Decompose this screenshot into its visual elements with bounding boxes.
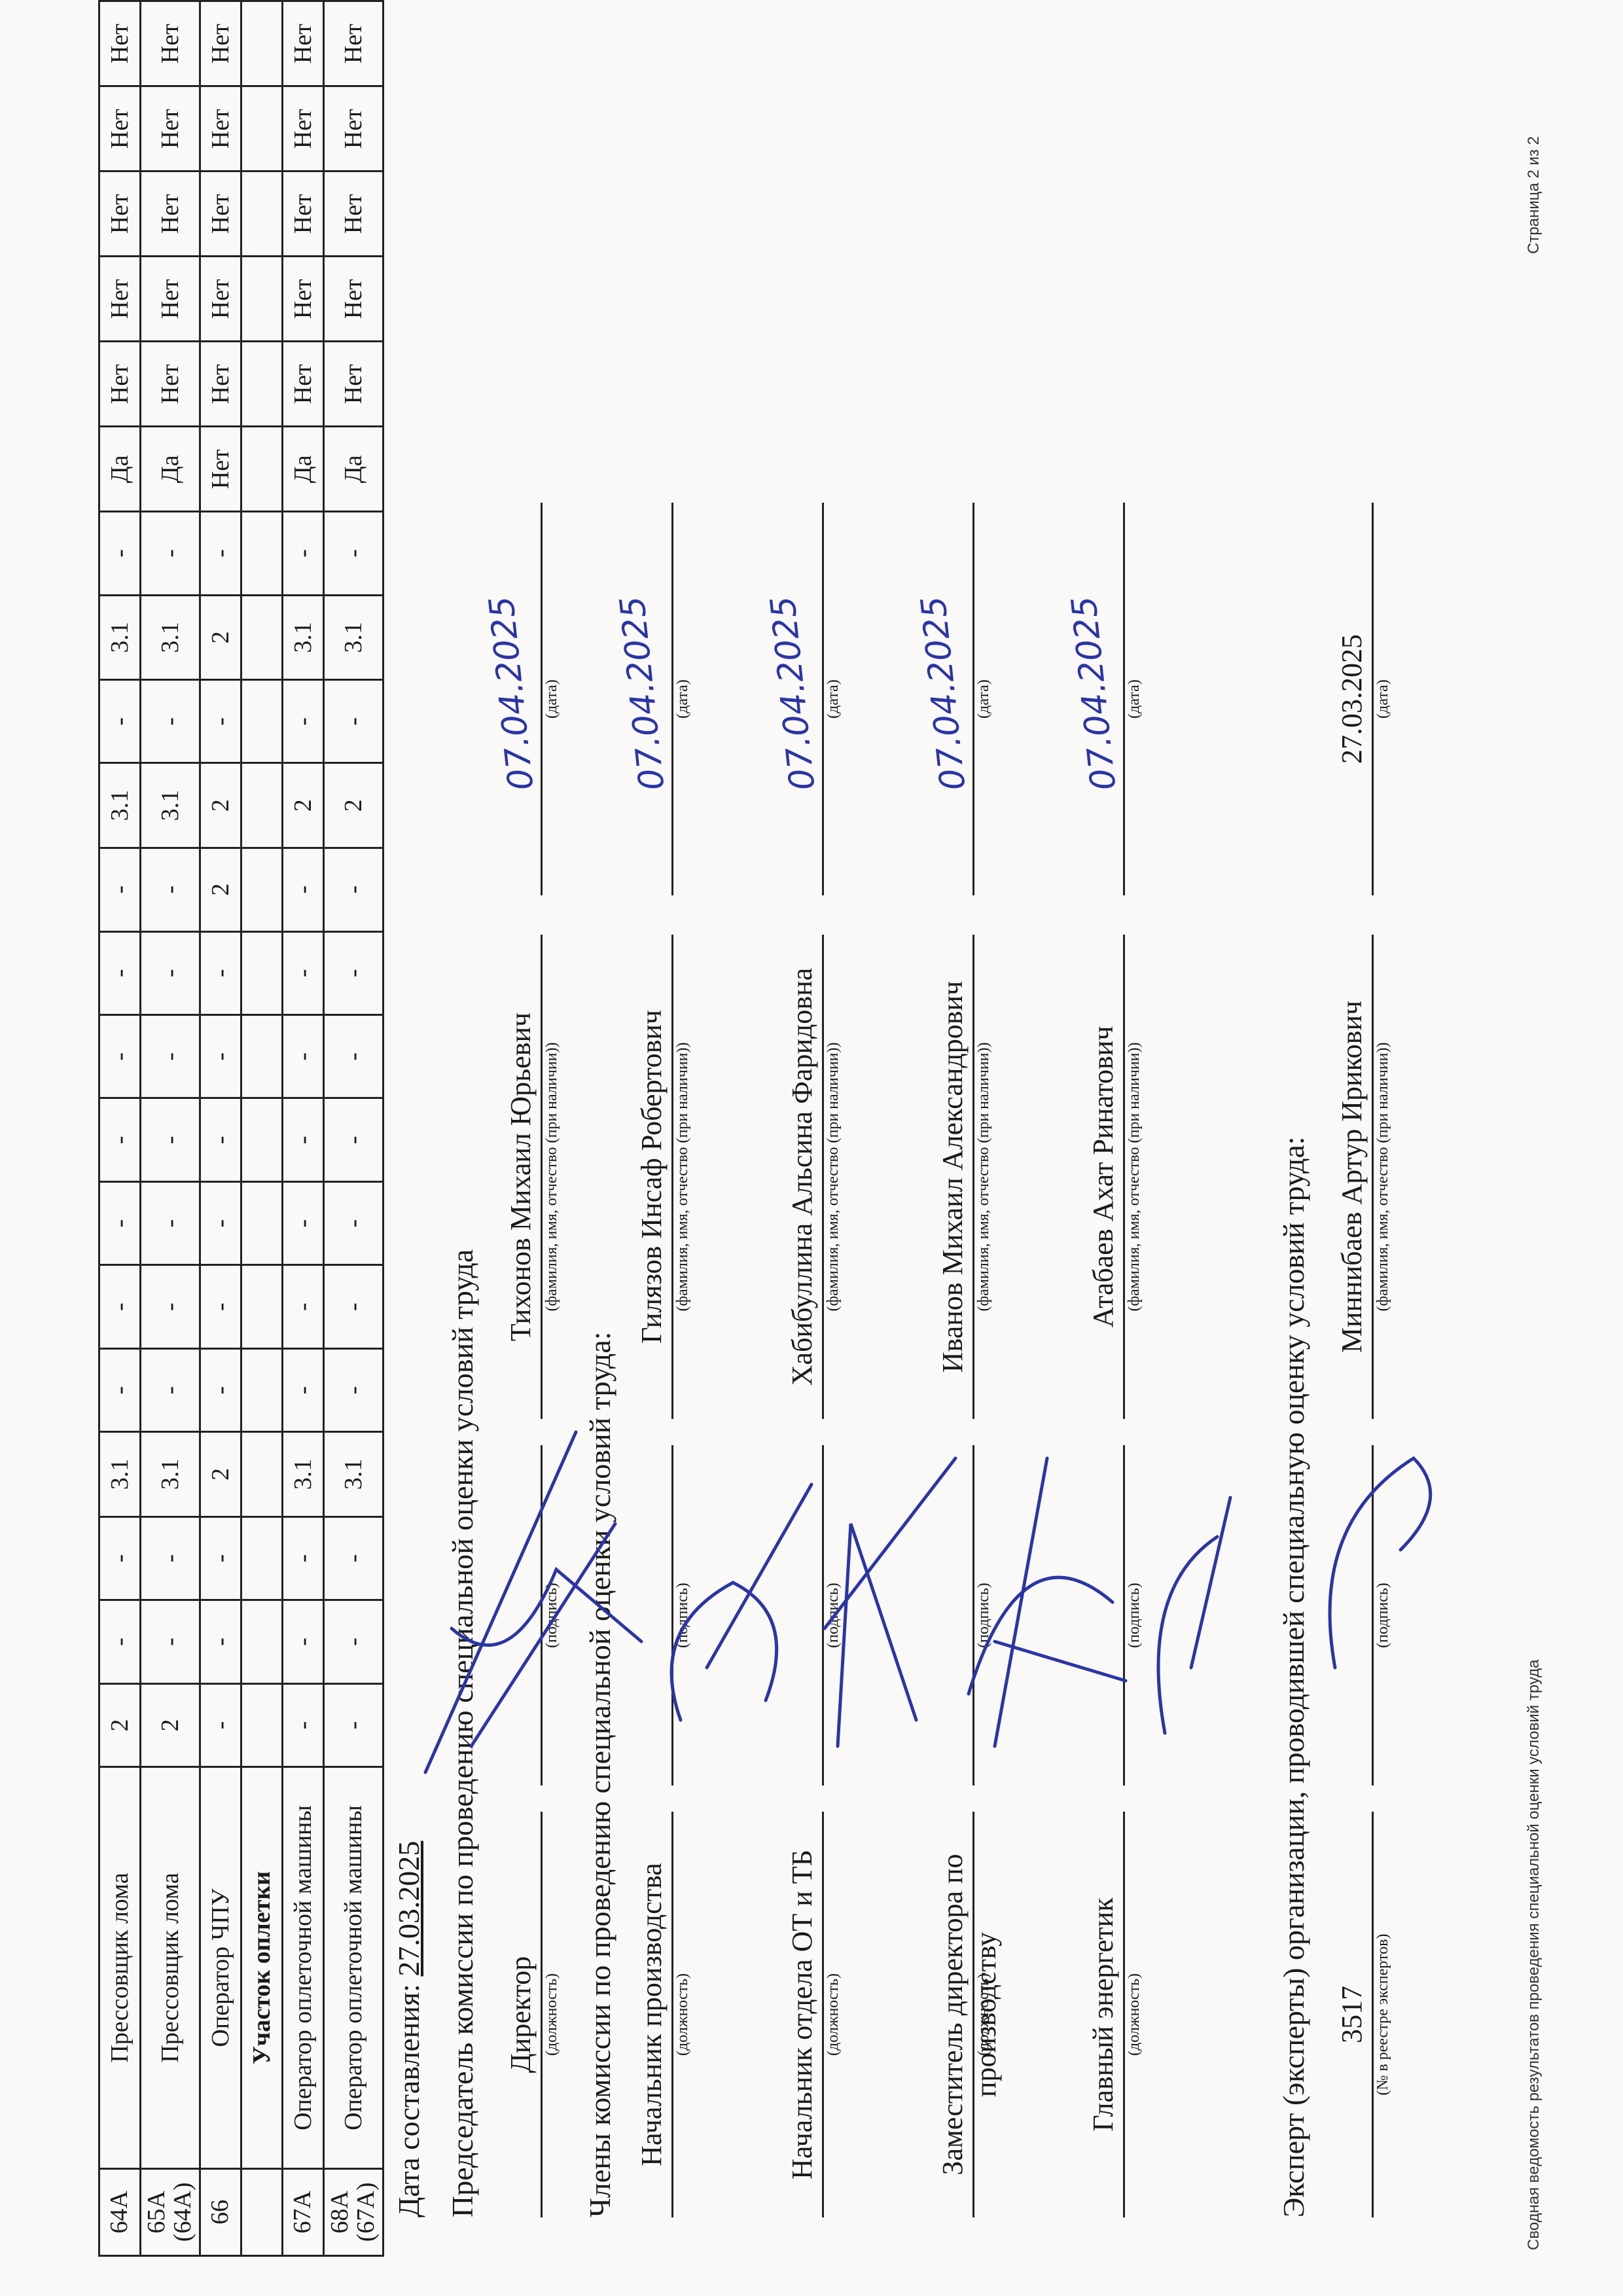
table-cell: Нет (99, 86, 141, 171)
caption-name: (фамилия, имя, отчество (при наличии)) (543, 935, 561, 1419)
expert-name: Миннибаев Артур Ирикович (1335, 935, 1374, 1419)
table-cell: Нет (200, 427, 241, 512)
row-number: 66 (200, 2168, 241, 2255)
table-cell: - (283, 1015, 324, 1098)
table-cell: Нет (324, 257, 383, 342)
caption-position: (должность) (825, 1812, 842, 2217)
table-cell: 3.1 (99, 595, 141, 679)
table-cell: Нет (99, 257, 141, 342)
table-cell (241, 257, 283, 342)
member-position: Заместитель директора по производству (936, 1812, 974, 2217)
table-cell: 2 (99, 1683, 141, 1767)
caption-date: (дата) (825, 503, 842, 895)
table-cell: - (283, 1098, 324, 1181)
table-cell: Да (283, 427, 324, 512)
table-cell: 2 (324, 763, 383, 848)
table-cell: Нет (200, 86, 241, 171)
table-cell: - (324, 512, 383, 595)
document-page: 64АПрессовщик лома2--3.1-------3.1-3.1-Д… (0, 0, 1623, 2296)
row-number: 64А (99, 2168, 141, 2255)
table-cell: - (200, 1181, 241, 1265)
table-cell (241, 1181, 283, 1265)
table-cell: - (324, 1015, 383, 1098)
table-cell (241, 1516, 283, 1600)
table-cell: 3.1 (324, 595, 383, 679)
table-cell: - (99, 1348, 141, 1431)
table-cell: - (200, 1265, 241, 1348)
table-cell: - (141, 1181, 200, 1265)
table-cell: 2 (200, 763, 241, 848)
table-cell: - (200, 512, 241, 595)
caption-date-expert: (дата) (1374, 503, 1392, 895)
position-name: Оператор ЧПУ (200, 1767, 241, 2168)
table-row: 65А (64А)Прессовщик лома2--3.1-------3.1… (141, 1, 200, 2256)
table-cell: - (99, 931, 141, 1014)
caption-position: (должность) (975, 1812, 993, 2217)
footer-page-number: Страница 2 из 2 (1525, 136, 1543, 254)
table-cell: - (200, 1348, 241, 1431)
table-cell: - (99, 848, 141, 931)
table-cell: Нет (141, 342, 200, 427)
caption-date: (дата) (1126, 503, 1143, 895)
table-cell: - (283, 680, 324, 763)
table-cell: Нет (324, 86, 383, 171)
table-cell: - (141, 512, 200, 595)
caption-registry: (№ в реестре экспертов) (1374, 1812, 1392, 2217)
table-cell: Нет (200, 171, 241, 257)
chairman-name: Тихонов Михаил Юрьевич (504, 935, 543, 1419)
table-cell: - (141, 1015, 200, 1098)
table-cell: Нет (324, 1, 383, 86)
caption-name: (фамилия, имя, отчество (при наличии)) (975, 935, 993, 1419)
results-table: 64АПрессовщик лома2--3.1-------3.1-3.1-Д… (98, 0, 384, 2257)
table-cell (241, 512, 283, 595)
table-cell: 3.1 (141, 595, 200, 679)
table-cell: - (141, 1265, 200, 1348)
expert-date: 27.03.2025 (1335, 503, 1374, 895)
table-cell: Нет (283, 1, 324, 86)
table-cell: - (324, 680, 383, 763)
table-cell: - (99, 1265, 141, 1348)
table-cell: - (200, 931, 241, 1014)
member-position: Начальник производства (635, 1812, 673, 2217)
table-cell: - (99, 1015, 141, 1098)
date-label: Дата составления: (392, 1984, 425, 2217)
row-number: 68А (67А) (324, 2168, 383, 2255)
table-cell: - (283, 1516, 324, 1600)
table-cell: Нет (324, 171, 383, 257)
table-cell: - (283, 1683, 324, 1767)
table-cell: Нет (283, 171, 324, 257)
table-cell: Нет (141, 257, 200, 342)
caption-name: (фамилия, имя, отчество (при наличии)) (674, 935, 692, 1419)
table-cell: - (324, 848, 383, 931)
table-cell (241, 342, 283, 427)
chairman-position: Директор (504, 1812, 543, 2217)
signature-scribbles (340, 1406, 1453, 1799)
table-cell: 2 (200, 848, 241, 931)
table-cell: - (200, 680, 241, 763)
date-value: 27.03.2025 (392, 1841, 425, 1977)
table-cell: 3.1 (141, 763, 200, 848)
table-row: 64АПрессовщик лома2--3.1-------3.1-3.1-Д… (99, 1, 141, 2256)
table-section-row: Участок оплетки (241, 1, 283, 2256)
table-cell: 3.1 (283, 595, 324, 679)
table-cell: - (141, 931, 200, 1014)
table-cell: Да (141, 427, 200, 512)
caption-position: (должность) (1126, 1812, 1143, 2217)
table-cell: - (324, 1098, 383, 1181)
member-position: Начальник отдела ОТ и ТБ (785, 1812, 824, 2217)
section-title: Участок оплетки (241, 1767, 283, 2168)
caption-name: (фамилия, имя, отчество (при наличии)) (825, 935, 842, 1419)
table-cell (241, 427, 283, 512)
expert-registry-number: 3517 (1335, 1812, 1374, 2217)
table-cell: Нет (200, 257, 241, 342)
table-cell: Нет (200, 342, 241, 427)
caption-position: (должность) (674, 1812, 692, 2217)
table-cell: - (324, 931, 383, 1014)
table-cell (241, 763, 283, 848)
position-name: Прессовщик лома (99, 1767, 141, 2168)
table-cell: - (141, 680, 200, 763)
table-cell: - (99, 512, 141, 595)
table-cell: 3.1 (99, 763, 141, 848)
table-cell: - (283, 931, 324, 1014)
row-number: 67А (283, 2168, 324, 2255)
table-cell: 3.1 (141, 1432, 200, 1516)
table-cell: 2 (283, 763, 324, 848)
member-name: Атабаев Ахат Ринатович (1086, 935, 1125, 1419)
member-name: Иванов Михаил Александрович (936, 935, 974, 1419)
table-cell: Да (99, 427, 141, 512)
caption-date: (дата) (975, 503, 993, 895)
table-cell (241, 595, 283, 679)
table-cell: - (200, 1015, 241, 1098)
table-cell: - (324, 1265, 383, 1348)
table-cell: - (324, 1181, 383, 1265)
caption-date: (дата) (543, 503, 561, 895)
table-cell: Да (324, 427, 383, 512)
table-cell: - (141, 1348, 200, 1431)
table-cell (241, 1, 283, 86)
member-name: Хабибуллина Альсина Фаридовна (785, 935, 824, 1419)
table-cell (241, 1683, 283, 1767)
table-cell: Нет (141, 171, 200, 257)
table-cell: Нет (99, 342, 141, 427)
table-cell: - (283, 1348, 324, 1431)
table-cell: Нет (99, 171, 141, 257)
position-name: Прессовщик лома (141, 1767, 200, 2168)
table-cell (241, 1098, 283, 1181)
table-cell (241, 1265, 283, 1348)
table-cell: Нет (283, 342, 324, 427)
table-cell (241, 680, 283, 763)
table-cell (241, 1432, 283, 1516)
table-cell: Нет (283, 257, 324, 342)
table-cell: - (141, 1516, 200, 1600)
table-cell: - (200, 1098, 241, 1181)
table-cell: Нет (141, 1, 200, 86)
table-cell: - (283, 848, 324, 931)
caption-name-expert: (фамилия, имя, отчество (при наличии)) (1374, 935, 1392, 1419)
table-row: 68А (67А)Оператор оплеточной машины---3.… (324, 1, 383, 2256)
table-cell (241, 171, 283, 257)
table-cell: Нет (141, 86, 200, 171)
table-cell: 2 (200, 1432, 241, 1516)
table-cell: - (99, 1181, 141, 1265)
table-cell: 3.1 (99, 1432, 141, 1516)
table-cell: - (99, 1098, 141, 1181)
compilation-date: Дата составления: 27.03.2025 (391, 1841, 426, 2217)
row-number (241, 2168, 283, 2255)
position-name: Оператор оплеточной машины (324, 1767, 383, 2168)
table-cell: Нет (99, 1, 141, 86)
table-cell: - (141, 1098, 200, 1181)
table-cell: - (99, 680, 141, 763)
table-cell: - (283, 1265, 324, 1348)
table-cell (241, 848, 283, 931)
table-cell: - (200, 1600, 241, 1683)
table-row: 66Оператор ЧПУ---2------22-2-НетНетНетНе… (200, 1, 241, 2256)
table-cell (241, 86, 283, 171)
table-cell: - (283, 512, 324, 595)
member-name: Гилязов Инсаф Робертович (635, 935, 673, 1419)
table-cell: Нет (200, 1, 241, 86)
table-cell: - (141, 848, 200, 931)
table-cell: - (99, 1600, 141, 1683)
footer-document-title: Сводная ведомость результатов проведения… (1525, 1659, 1543, 2250)
member-position: Главный энергетик (1086, 1812, 1125, 2217)
table-cell: - (141, 1600, 200, 1683)
table-cell: Нет (283, 86, 324, 171)
table-row: 67АОператор оплеточной машины---3.1-----… (283, 1, 324, 2256)
table-cell (241, 1015, 283, 1098)
table-cell: - (200, 1516, 241, 1600)
table-cell: - (283, 1181, 324, 1265)
table-cell: 3.1 (283, 1432, 324, 1516)
table-cell: 2 (200, 595, 241, 679)
table-cell: - (200, 1683, 241, 1767)
caption-date: (дата) (674, 503, 692, 895)
table-cell (241, 1348, 283, 1431)
table-cell: 2 (141, 1683, 200, 1767)
table-cell (241, 931, 283, 1014)
caption-position: (должность) (543, 1812, 561, 2217)
position-name: Оператор оплеточной машины (283, 1767, 324, 2168)
row-number: 65А (64А) (141, 2168, 200, 2255)
caption-name: (фамилия, имя, отчество (при наличии)) (1126, 935, 1143, 1419)
table-cell: - (99, 1516, 141, 1600)
table-cell: - (283, 1600, 324, 1683)
table-cell (241, 1600, 283, 1683)
table-cell: Нет (324, 342, 383, 427)
